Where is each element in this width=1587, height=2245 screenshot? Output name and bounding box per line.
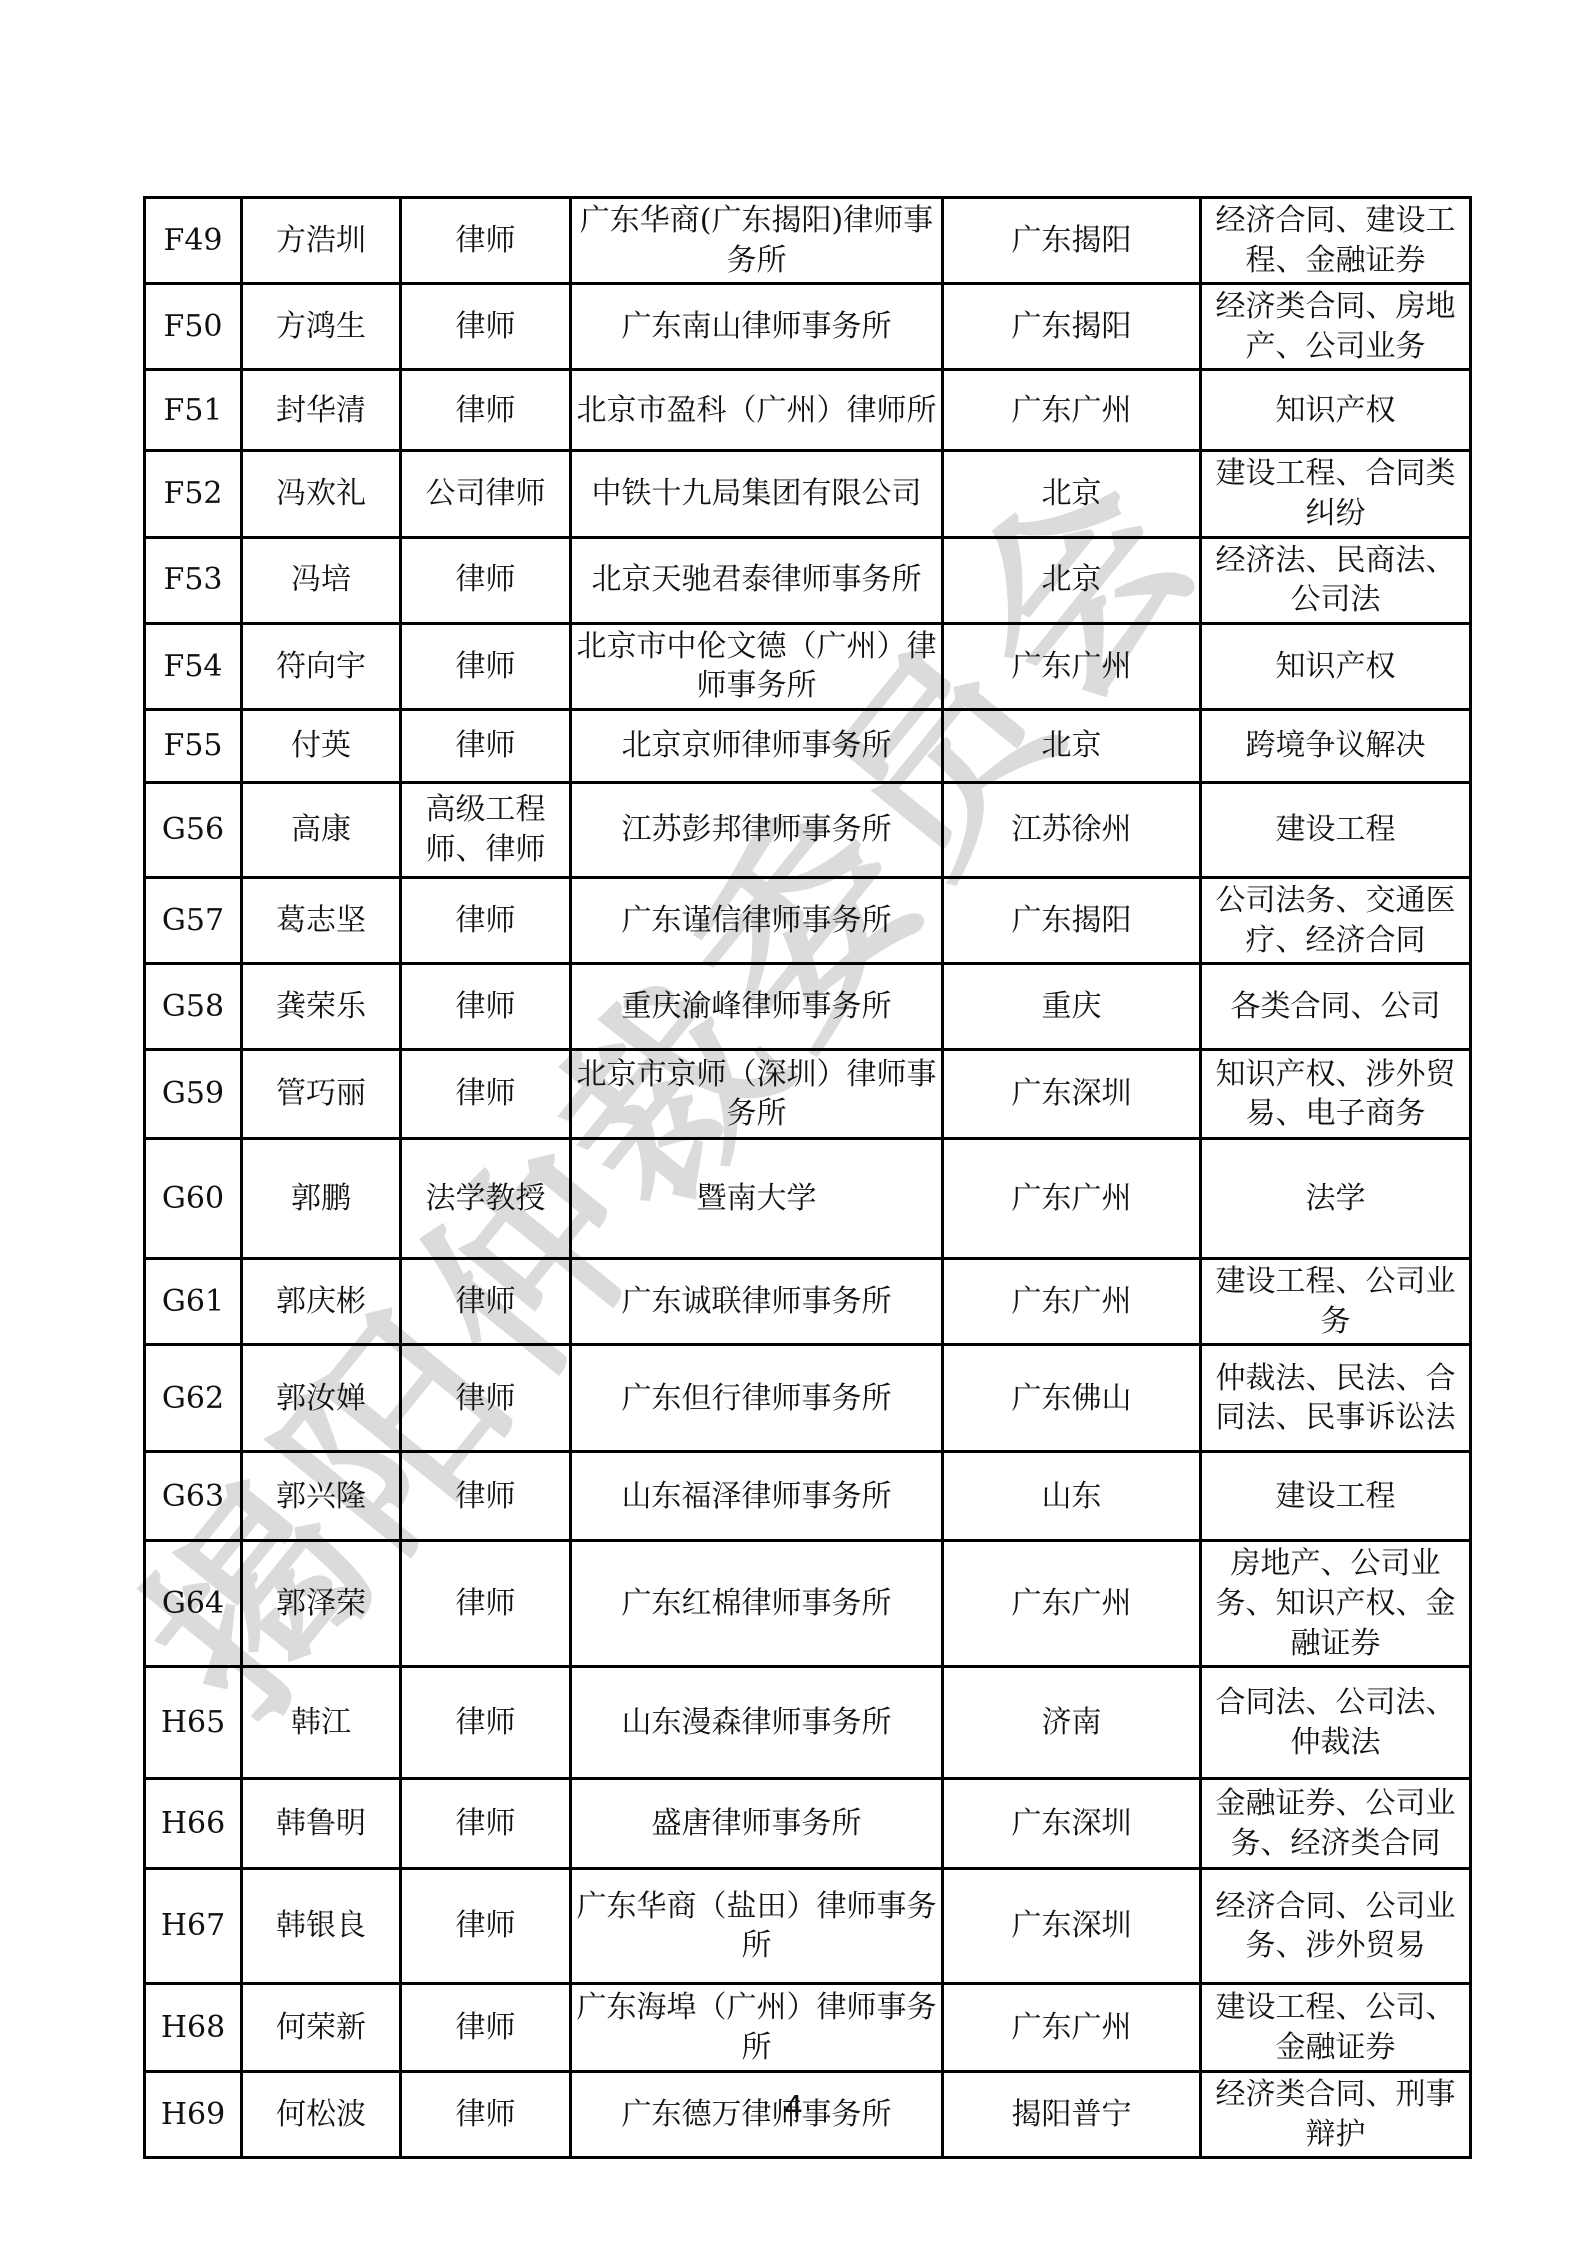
location-cell: 广东广州 — [943, 1139, 1201, 1259]
specialty-cell: 法学 — [1201, 1139, 1471, 1259]
name-cell: 韩江 — [242, 1667, 401, 1779]
organization-cell: 暨南大学 — [571, 1139, 943, 1259]
row-id-cell: G63 — [145, 1452, 242, 1541]
specialty-cell: 建设工程 — [1201, 1452, 1471, 1541]
title-cell: 高级工程师、律师 — [401, 782, 571, 877]
row-id-cell: H66 — [145, 1779, 242, 1869]
row-id-cell: H68 — [145, 1984, 242, 2072]
specialty-cell: 仲裁法、民法、合同法、民事诉讼法 — [1201, 1345, 1471, 1452]
row-id-cell: F55 — [145, 709, 242, 782]
name-cell: 方浩圳 — [242, 198, 401, 284]
name-cell: 封华清 — [242, 370, 401, 451]
specialty-cell: 各类合同、公司 — [1201, 964, 1471, 1050]
row-id-cell: F51 — [145, 370, 242, 451]
location-cell: 广东佛山 — [943, 1345, 1201, 1452]
table-row: F52 冯欢礼 公司律师 中铁十九局集团有限公司 北京 建设工程、合同类纠纷 — [145, 451, 1471, 537]
organization-cell: 江苏彭邦律师事务所 — [571, 782, 943, 877]
specialty-cell: 知识产权 — [1201, 370, 1471, 451]
name-cell: 管巧丽 — [242, 1050, 401, 1139]
location-cell: 广东揭阳 — [943, 877, 1201, 963]
organization-cell: 广东海埠（广州）律师事务所 — [571, 1984, 943, 2072]
specialty-cell: 建设工程 — [1201, 782, 1471, 877]
name-cell: 龚荣乐 — [242, 964, 401, 1050]
table-row: F49 方浩圳 律师 广东华商(广东揭阳)律师事务所 广东揭阳 经济合同、建设工… — [145, 198, 1471, 284]
row-id-cell: H65 — [145, 1667, 242, 1779]
organization-cell: 北京市中伦文德（广州）律师事务所 — [571, 623, 943, 709]
name-cell: 郭汝婵 — [242, 1345, 401, 1452]
location-cell: 广东广州 — [943, 1984, 1201, 2072]
title-cell: 律师 — [401, 1452, 571, 1541]
title-cell: 公司律师 — [401, 451, 571, 537]
title-cell: 律师 — [401, 709, 571, 782]
organization-cell: 中铁十九局集团有限公司 — [571, 451, 943, 537]
title-cell: 法学教授 — [401, 1139, 571, 1259]
name-cell: 郭兴隆 — [242, 1452, 401, 1541]
organization-cell: 北京市盈科（广州）律师所 — [571, 370, 943, 451]
name-cell: 冯欢礼 — [242, 451, 401, 537]
row-id-cell: F49 — [145, 198, 242, 284]
specialty-cell: 知识产权、涉外贸易、电子商务 — [1201, 1050, 1471, 1139]
row-id-cell: G58 — [145, 964, 242, 1050]
title-cell: 律师 — [401, 1259, 571, 1345]
title-cell: 律师 — [401, 1667, 571, 1779]
row-id-cell: G64 — [145, 1541, 242, 1667]
specialty-cell: 经济合同、公司业务、涉外贸易 — [1201, 1869, 1471, 1984]
organization-cell: 重庆渝峰律师事务所 — [571, 964, 943, 1050]
table-row: G62 郭汝婵 律师 广东但行律师事务所 广东佛山 仲裁法、民法、合同法、民事诉… — [145, 1345, 1471, 1452]
table-row: G64 郭泽荣 律师 广东红棉律师事务所 广东广州 房地产、公司业务、知识产权、… — [145, 1541, 1471, 1667]
title-cell: 律师 — [401, 1541, 571, 1667]
organization-cell: 广东谨信律师事务所 — [571, 877, 943, 963]
title-cell: 律师 — [401, 198, 571, 284]
title-cell: 律师 — [401, 964, 571, 1050]
location-cell: 广东广州 — [943, 623, 1201, 709]
location-cell: 广东广州 — [943, 1541, 1201, 1667]
location-cell: 广东深圳 — [943, 1779, 1201, 1869]
name-cell: 葛志坚 — [242, 877, 401, 963]
specialty-cell: 经济合同、建设工程、金融证券 — [1201, 198, 1471, 284]
table-row: F51 封华清 律师 北京市盈科（广州）律师所 广东广州 知识产权 — [145, 370, 1471, 451]
location-cell: 广东深圳 — [943, 1869, 1201, 1984]
location-cell: 重庆 — [943, 964, 1201, 1050]
organization-cell: 盛唐律师事务所 — [571, 1779, 943, 1869]
title-cell: 律师 — [401, 1050, 571, 1139]
name-cell: 高康 — [242, 782, 401, 877]
location-cell: 广东深圳 — [943, 1050, 1201, 1139]
specialty-cell: 合同法、公司法、仲裁法 — [1201, 1667, 1471, 1779]
specialty-cell: 建设工程、公司业务 — [1201, 1259, 1471, 1345]
row-id-cell: F53 — [145, 537, 242, 623]
table-row: F53 冯培 律师 北京天驰君泰律师事务所 北京 经济法、民商法、公司法 — [145, 537, 1471, 623]
row-id-cell: G62 — [145, 1345, 242, 1452]
row-id-cell: F52 — [145, 451, 242, 537]
name-cell: 符向宇 — [242, 623, 401, 709]
table-row: H65 韩江 律师 山东漫森律师事务所 济南 合同法、公司法、仲裁法 — [145, 1667, 1471, 1779]
location-cell: 广东揭阳 — [943, 198, 1201, 284]
name-cell: 韩银良 — [242, 1869, 401, 1984]
title-cell: 律师 — [401, 1779, 571, 1869]
specialty-cell: 公司法务、交通医疗、经济合同 — [1201, 877, 1471, 963]
table-row: G61 郭庆彬 律师 广东诚联律师事务所 广东广州 建设工程、公司业务 — [145, 1259, 1471, 1345]
specialty-cell: 经济类合同、房地产、公司业务 — [1201, 284, 1471, 370]
name-cell: 郭鹏 — [242, 1139, 401, 1259]
table-row: F55 付英 律师 北京京师律师事务所 北京 跨境争议解决 — [145, 709, 1471, 782]
organization-cell: 广东红棉律师事务所 — [571, 1541, 943, 1667]
location-cell: 北京 — [943, 451, 1201, 537]
row-id-cell: F54 — [145, 623, 242, 709]
title-cell: 律师 — [401, 877, 571, 963]
row-id-cell: G57 — [145, 877, 242, 963]
name-cell: 冯培 — [242, 537, 401, 623]
table-row: H66 韩鲁明 律师 盛唐律师事务所 广东深圳 金融证券、公司业务、经济类合同 — [145, 1779, 1471, 1869]
row-id-cell: G60 — [145, 1139, 242, 1259]
row-id-cell: H67 — [145, 1869, 242, 1984]
name-cell: 何荣新 — [242, 1984, 401, 2072]
name-cell: 付英 — [242, 709, 401, 782]
title-cell: 律师 — [401, 1869, 571, 1984]
table-row: G58 龚荣乐 律师 重庆渝峰律师事务所 重庆 各类合同、公司 — [145, 964, 1471, 1050]
table-row: F50 方鸿生 律师 广东南山律师事务所 广东揭阳 经济类合同、房地产、公司业务 — [145, 284, 1471, 370]
arbitrator-table-body: F49 方浩圳 律师 广东华商(广东揭阳)律师事务所 广东揭阳 经济合同、建设工… — [145, 198, 1471, 2158]
row-id-cell: G56 — [145, 782, 242, 877]
location-cell: 江苏徐州 — [943, 782, 1201, 877]
title-cell: 律师 — [401, 370, 571, 451]
row-id-cell: F50 — [145, 284, 242, 370]
row-id-cell: G61 — [145, 1259, 242, 1345]
location-cell: 山东 — [943, 1452, 1201, 1541]
name-cell: 郭泽荣 — [242, 1541, 401, 1667]
specialty-cell: 经济法、民商法、公司法 — [1201, 537, 1471, 623]
table-row: G59 管巧丽 律师 北京市京师（深圳）律师事务所 广东深圳 知识产权、涉外贸易… — [145, 1050, 1471, 1139]
location-cell: 北京 — [943, 709, 1201, 782]
location-cell: 广东广州 — [943, 370, 1201, 451]
specialty-cell: 房地产、公司业务、知识产权、金融证券 — [1201, 1541, 1471, 1667]
title-cell: 律师 — [401, 284, 571, 370]
specialty-cell: 跨境争议解决 — [1201, 709, 1471, 782]
specialty-cell: 知识产权 — [1201, 623, 1471, 709]
location-cell: 济南 — [943, 1667, 1201, 1779]
organization-cell: 山东福泽律师事务所 — [571, 1452, 943, 1541]
organization-cell: 广东诚联律师事务所 — [571, 1259, 943, 1345]
arbitrator-table: F49 方浩圳 律师 广东华商(广东揭阳)律师事务所 广东揭阳 经济合同、建设工… — [143, 196, 1472, 2159]
table-row: F54 符向宇 律师 北京市中伦文德（广州）律师事务所 广东广州 知识产权 — [145, 623, 1471, 709]
organization-cell: 广东华商(广东揭阳)律师事务所 — [571, 198, 943, 284]
specialty-cell: 建设工程、合同类纠纷 — [1201, 451, 1471, 537]
table-row: H68 何荣新 律师 广东海埠（广州）律师事务所 广东广州 建设工程、公司、金融… — [145, 1984, 1471, 2072]
name-cell: 郭庆彬 — [242, 1259, 401, 1345]
table-row: G57 葛志坚 律师 广东谨信律师事务所 广东揭阳 公司法务、交通医疗、经济合同 — [145, 877, 1471, 963]
specialty-cell: 金融证券、公司业务、经济类合同 — [1201, 1779, 1471, 1869]
table-row: H67 韩银良 律师 广东华商（盐田）律师事务所 广东深圳 经济合同、公司业务、… — [145, 1869, 1471, 1984]
specialty-cell: 建设工程、公司、金融证券 — [1201, 1984, 1471, 2072]
organization-cell: 广东华商（盐田）律师事务所 — [571, 1869, 943, 1984]
organization-cell: 北京京师律师事务所 — [571, 709, 943, 782]
table-row: G60 郭鹏 法学教授 暨南大学 广东广州 法学 — [145, 1139, 1471, 1259]
organization-cell: 北京天驰君泰律师事务所 — [571, 537, 943, 623]
location-cell: 北京 — [943, 537, 1201, 623]
location-cell: 广东广州 — [943, 1259, 1201, 1345]
table-row: G56 高康 高级工程师、律师 江苏彭邦律师事务所 江苏徐州 建设工程 — [145, 782, 1471, 877]
location-cell: 广东揭阳 — [943, 284, 1201, 370]
table-row: G63 郭兴隆 律师 山东福泽律师事务所 山东 建设工程 — [145, 1452, 1471, 1541]
title-cell: 律师 — [401, 623, 571, 709]
organization-cell: 北京市京师（深圳）律师事务所 — [571, 1050, 943, 1139]
name-cell: 方鸿生 — [242, 284, 401, 370]
name-cell: 韩鲁明 — [242, 1779, 401, 1869]
document-page: 揭阳仲裁委员会 F49 方浩圳 律师 广东华商(广东揭阳)律师事务所 广东揭阳 … — [0, 0, 1587, 2245]
title-cell: 律师 — [401, 1345, 571, 1452]
organization-cell: 广东南山律师事务所 — [571, 284, 943, 370]
row-id-cell: G59 — [145, 1050, 242, 1139]
organization-cell: 广东但行律师事务所 — [571, 1345, 943, 1452]
title-cell: 律师 — [401, 537, 571, 623]
title-cell: 律师 — [401, 1984, 571, 2072]
page-number: 4 — [0, 2090, 1587, 2125]
organization-cell: 山东漫森律师事务所 — [571, 1667, 943, 1779]
